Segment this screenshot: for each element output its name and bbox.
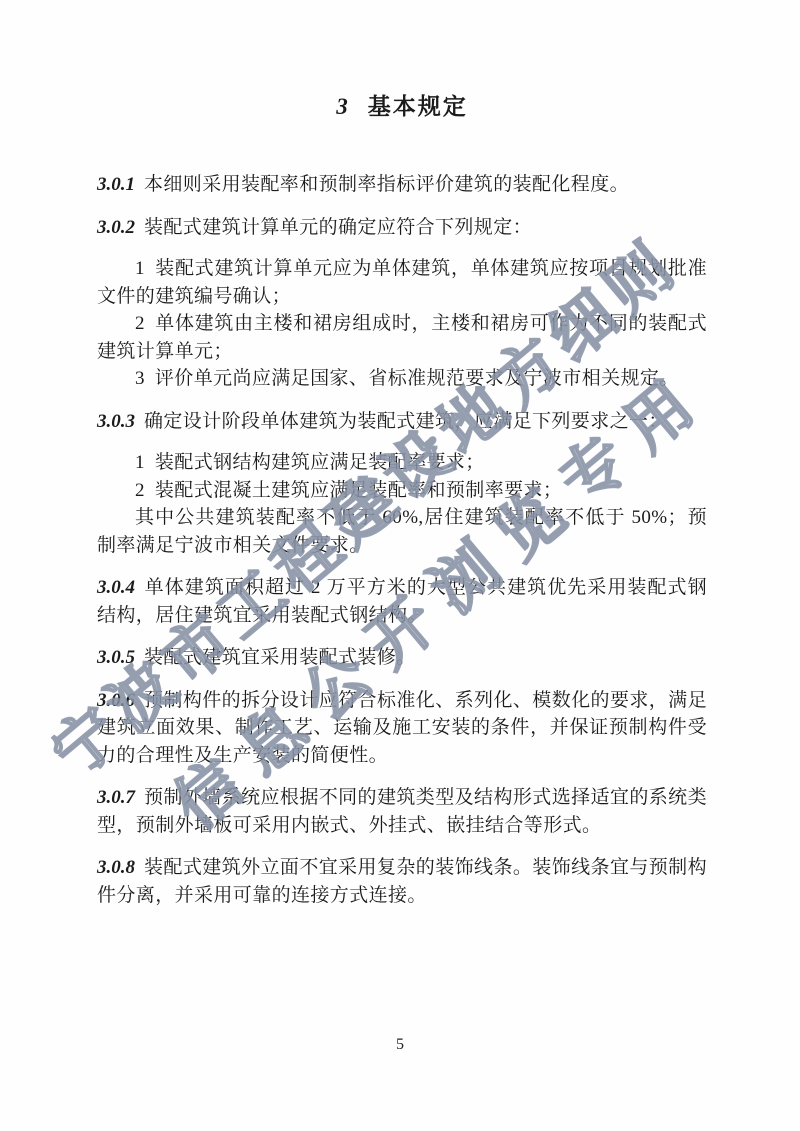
item-number: 3 — [135, 368, 155, 389]
clause-text: 预制外墙系统应根据不同的建筑类型及结构形式选择适宜的系统类型，预制外墙板可采用内… — [97, 787, 707, 836]
clause-lead: 3.0.2装配式建筑计算单元的确定应符合下列规定： — [97, 214, 707, 242]
page-number: 5 — [0, 1036, 800, 1054]
clause-text: 确定设计阶段单体建筑为装配式建筑，应满足下列要求之一： — [144, 411, 668, 432]
clause-number: 3.0.5 — [97, 647, 144, 668]
chapter-number: 3 — [336, 94, 350, 119]
clause-number: 3.0.4 — [97, 577, 144, 598]
item-text: 评价单元尚应满足国家、省标准规范要求及宁波市相关规定。 — [155, 368, 679, 389]
item-number: 1 — [135, 258, 155, 279]
clause-lead: 3.0.4单体建筑面积超过 2 万平方米的大型公共建筑优先采用装配式钢结构，居住… — [97, 574, 707, 629]
clause-item-list: 1装配式钢结构建筑应满足装配率要求； 2装配式混凝土建筑应满足装配率和预制率要求… — [97, 449, 707, 559]
clause-3-0-3: 3.0.3确定设计阶段单体建筑为装配式建筑，应满足下列要求之一： 1装配式钢结构… — [97, 408, 707, 560]
clause-3-0-4: 3.0.4单体建筑面积超过 2 万平方米的大型公共建筑优先采用装配式钢结构，居住… — [97, 574, 707, 629]
clause-item: 2单体建筑由主楼和裙房组成时，主楼和裙房可作为不同的装配式建筑计算单元； — [97, 310, 707, 365]
clause-lead: 3.0.8装配式建筑外立面不宜采用复杂的装饰线条。装饰线条宜与预制构件分离，并采… — [97, 854, 707, 909]
document-content: 3基本规定 3.0.1本细则采用装配率和预制率指标评价建筑的装配化程度。 3.0… — [97, 88, 707, 924]
item-number: 2 — [135, 313, 155, 334]
clause-lead: 3.0.5装配式建筑宜采用装配式装修。 — [97, 644, 707, 672]
clause-text: 单体建筑面积超过 2 万平方米的大型公共建筑优先采用装配式钢结构，居住建筑宜采用… — [97, 577, 707, 626]
clause-3-0-2: 3.0.2装配式建筑计算单元的确定应符合下列规定： 1装配式建筑计算单元应为单体… — [97, 214, 707, 393]
clause-lead: 3.0.6预制构件的拆分设计应符合标准化、系列化、模数化的要求，满足建筑立面效果… — [97, 687, 707, 770]
item-text: 单体建筑由主楼和裙房组成时，主楼和裙房可作为不同的装配式建筑计算单元； — [97, 313, 707, 362]
clause-item-list: 1装配式建筑计算单元应为单体建筑，单体建筑应按项目规划批准文件的建筑编号确认； … — [97, 255, 707, 393]
item-number: 2 — [135, 480, 155, 501]
item-number: 1 — [135, 452, 155, 473]
clause-number: 3.0.3 — [97, 411, 144, 432]
clause-item: 其中公共建筑装配率不低于 60%,居住建筑装配率不低于 50%；预制率满足宁波市… — [97, 504, 707, 559]
clause-number: 3.0.8 — [97, 857, 144, 878]
clause-3-0-7: 3.0.7预制外墙系统应根据不同的建筑类型及结构形式选择适宜的系统类型，预制外墙… — [97, 784, 707, 839]
clause-number: 3.0.1 — [97, 174, 144, 195]
clause-text: 本细则采用装配率和预制率指标评价建筑的装配化程度。 — [144, 174, 629, 195]
clause-number: 3.0.6 — [97, 690, 144, 711]
clause-lead: 3.0.1本细则采用装配率和预制率指标评价建筑的装配化程度。 — [97, 171, 707, 199]
document-page: 3基本规定 3.0.1本细则采用装配率和预制率指标评价建筑的装配化程度。 3.0… — [0, 0, 800, 1131]
chapter-title: 3基本规定 — [97, 88, 707, 121]
clause-item: 1装配式钢结构建筑应满足装配率要求； — [97, 449, 707, 477]
item-text: 装配式建筑计算单元应为单体建筑，单体建筑应按项目规划批准文件的建筑编号确认； — [97, 258, 707, 307]
item-text: 装配式混凝土建筑应满足装配率和预制率要求； — [155, 480, 562, 501]
clause-text: 预制构件的拆分设计应符合标准化、系列化、模数化的要求，满足建筑立面效果、制作工艺… — [97, 690, 707, 766]
clause-lead: 3.0.3确定设计阶段单体建筑为装配式建筑，应满足下列要求之一： — [97, 408, 707, 436]
clause-text: 装配式建筑计算单元的确定应符合下列规定： — [144, 217, 532, 238]
clause-3-0-5: 3.0.5装配式建筑宜采用装配式装修。 — [97, 644, 707, 672]
clause-3-0-1: 3.0.1本细则采用装配率和预制率指标评价建筑的装配化程度。 — [97, 171, 707, 199]
item-text: 其中公共建筑装配率不低于 60%,居住建筑装配率不低于 50%；预制率满足宁波市… — [97, 507, 707, 556]
clause-3-0-8: 3.0.8装配式建筑外立面不宜采用复杂的装饰线条。装饰线条宜与预制构件分离，并采… — [97, 854, 707, 909]
clause-item: 3评价单元尚应满足国家、省标准规范要求及宁波市相关规定。 — [97, 365, 707, 393]
clause-text: 装配式建筑宜采用装配式装修。 — [144, 647, 416, 668]
clause-number: 3.0.2 — [97, 217, 144, 238]
clause-item: 2装配式混凝土建筑应满足装配率和预制率要求； — [97, 477, 707, 505]
clause-lead: 3.0.7预制外墙系统应根据不同的建筑类型及结构形式选择适宜的系统类型，预制外墙… — [97, 784, 707, 839]
clause-number: 3.0.7 — [97, 787, 144, 808]
clause-text: 装配式建筑外立面不宜采用复杂的装饰线条。装饰线条宜与预制构件分离，并采用可靠的连… — [97, 857, 707, 906]
clause-3-0-6: 3.0.6预制构件的拆分设计应符合标准化、系列化、模数化的要求，满足建筑立面效果… — [97, 687, 707, 770]
chapter-name: 基本规定 — [368, 94, 468, 119]
item-text: 装配式钢结构建筑应满足装配率要求； — [155, 452, 485, 473]
clause-item: 1装配式建筑计算单元应为单体建筑，单体建筑应按项目规划批准文件的建筑编号确认； — [97, 255, 707, 310]
